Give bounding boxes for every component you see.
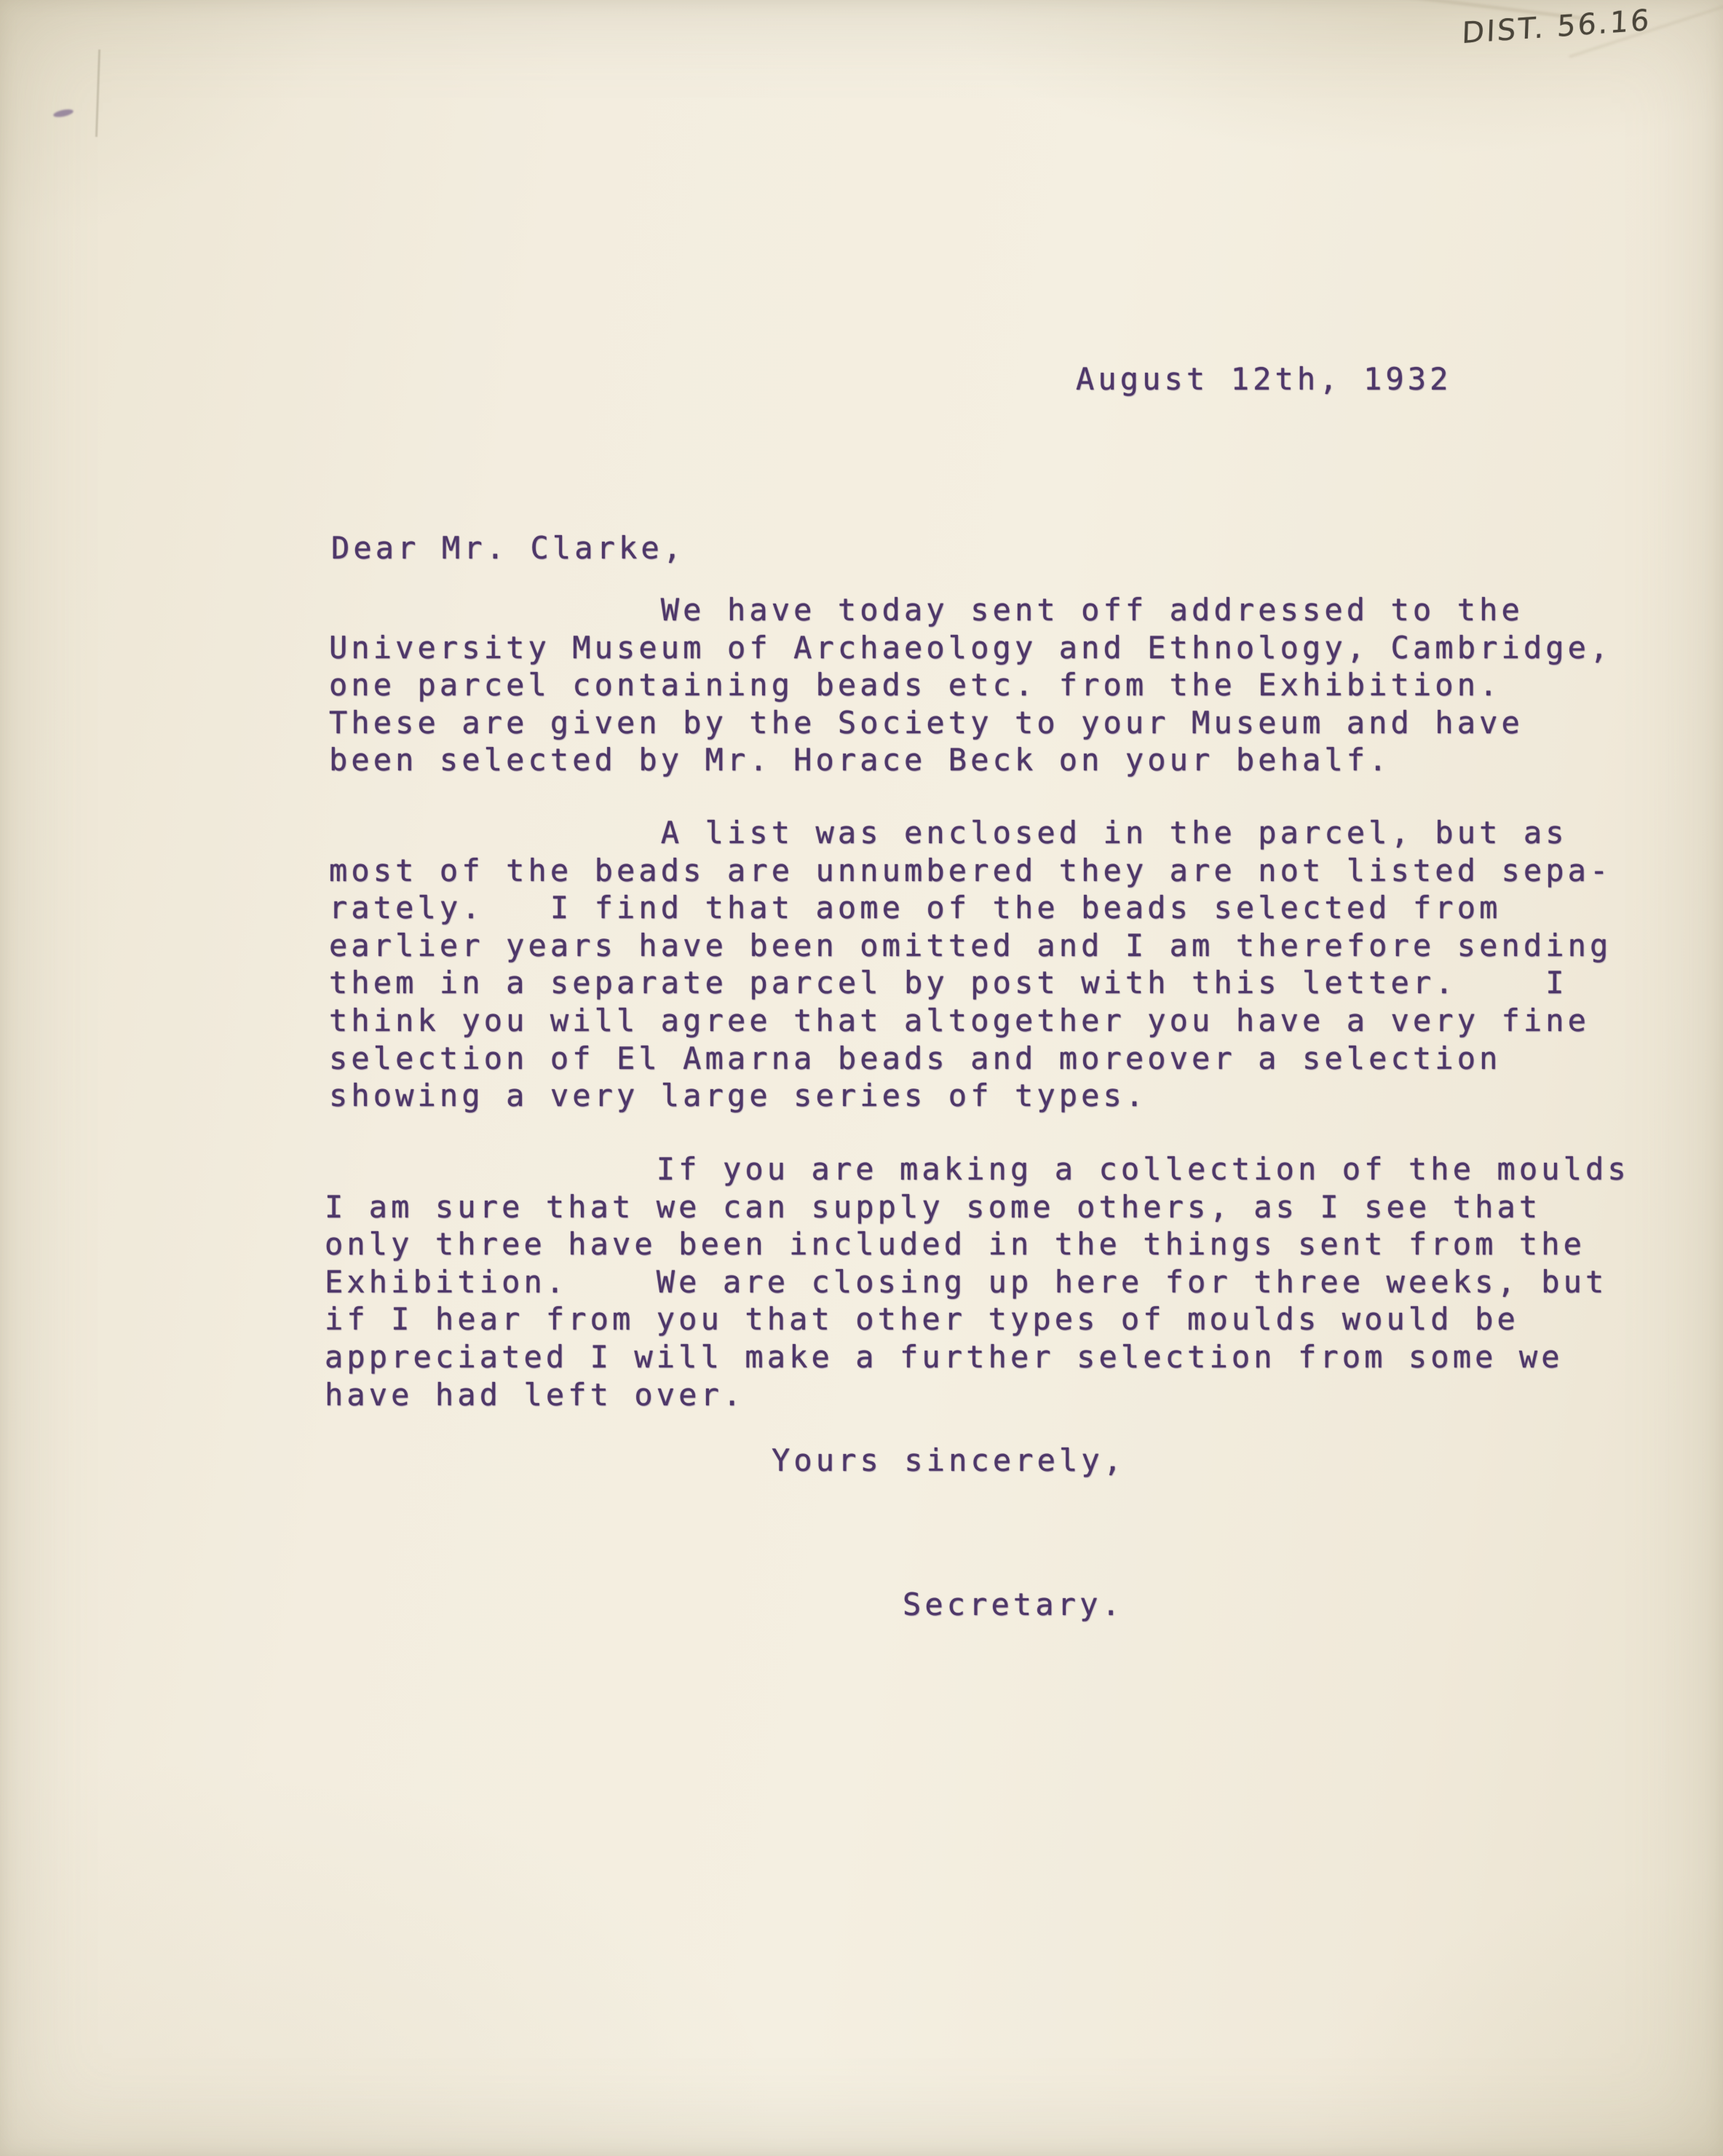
paragraph-2: A list was enclosed in the parcel, but a… [329, 814, 1612, 1115]
archive-annotation: DIST. 56.16 [1462, 4, 1652, 50]
letter-page: DIST. 56.16 August 12th, 1932 Dear Mr. C… [0, 0, 1723, 2156]
paragraph-1: We have today sent off addressed to the … [329, 591, 1612, 779]
salutation: Dear Mr. Clarke, [331, 529, 685, 567]
letter-date: August 12th, 1932 [1076, 360, 1452, 398]
closing-phrase: Yours sincerely, [772, 1442, 1125, 1480]
paper-scratch [95, 50, 100, 137]
paragraph-3: If you are making a collection of the mo… [325, 1150, 1630, 1413]
ink-smudge [52, 108, 74, 119]
signature-role: Secretary. [903, 1586, 1124, 1624]
